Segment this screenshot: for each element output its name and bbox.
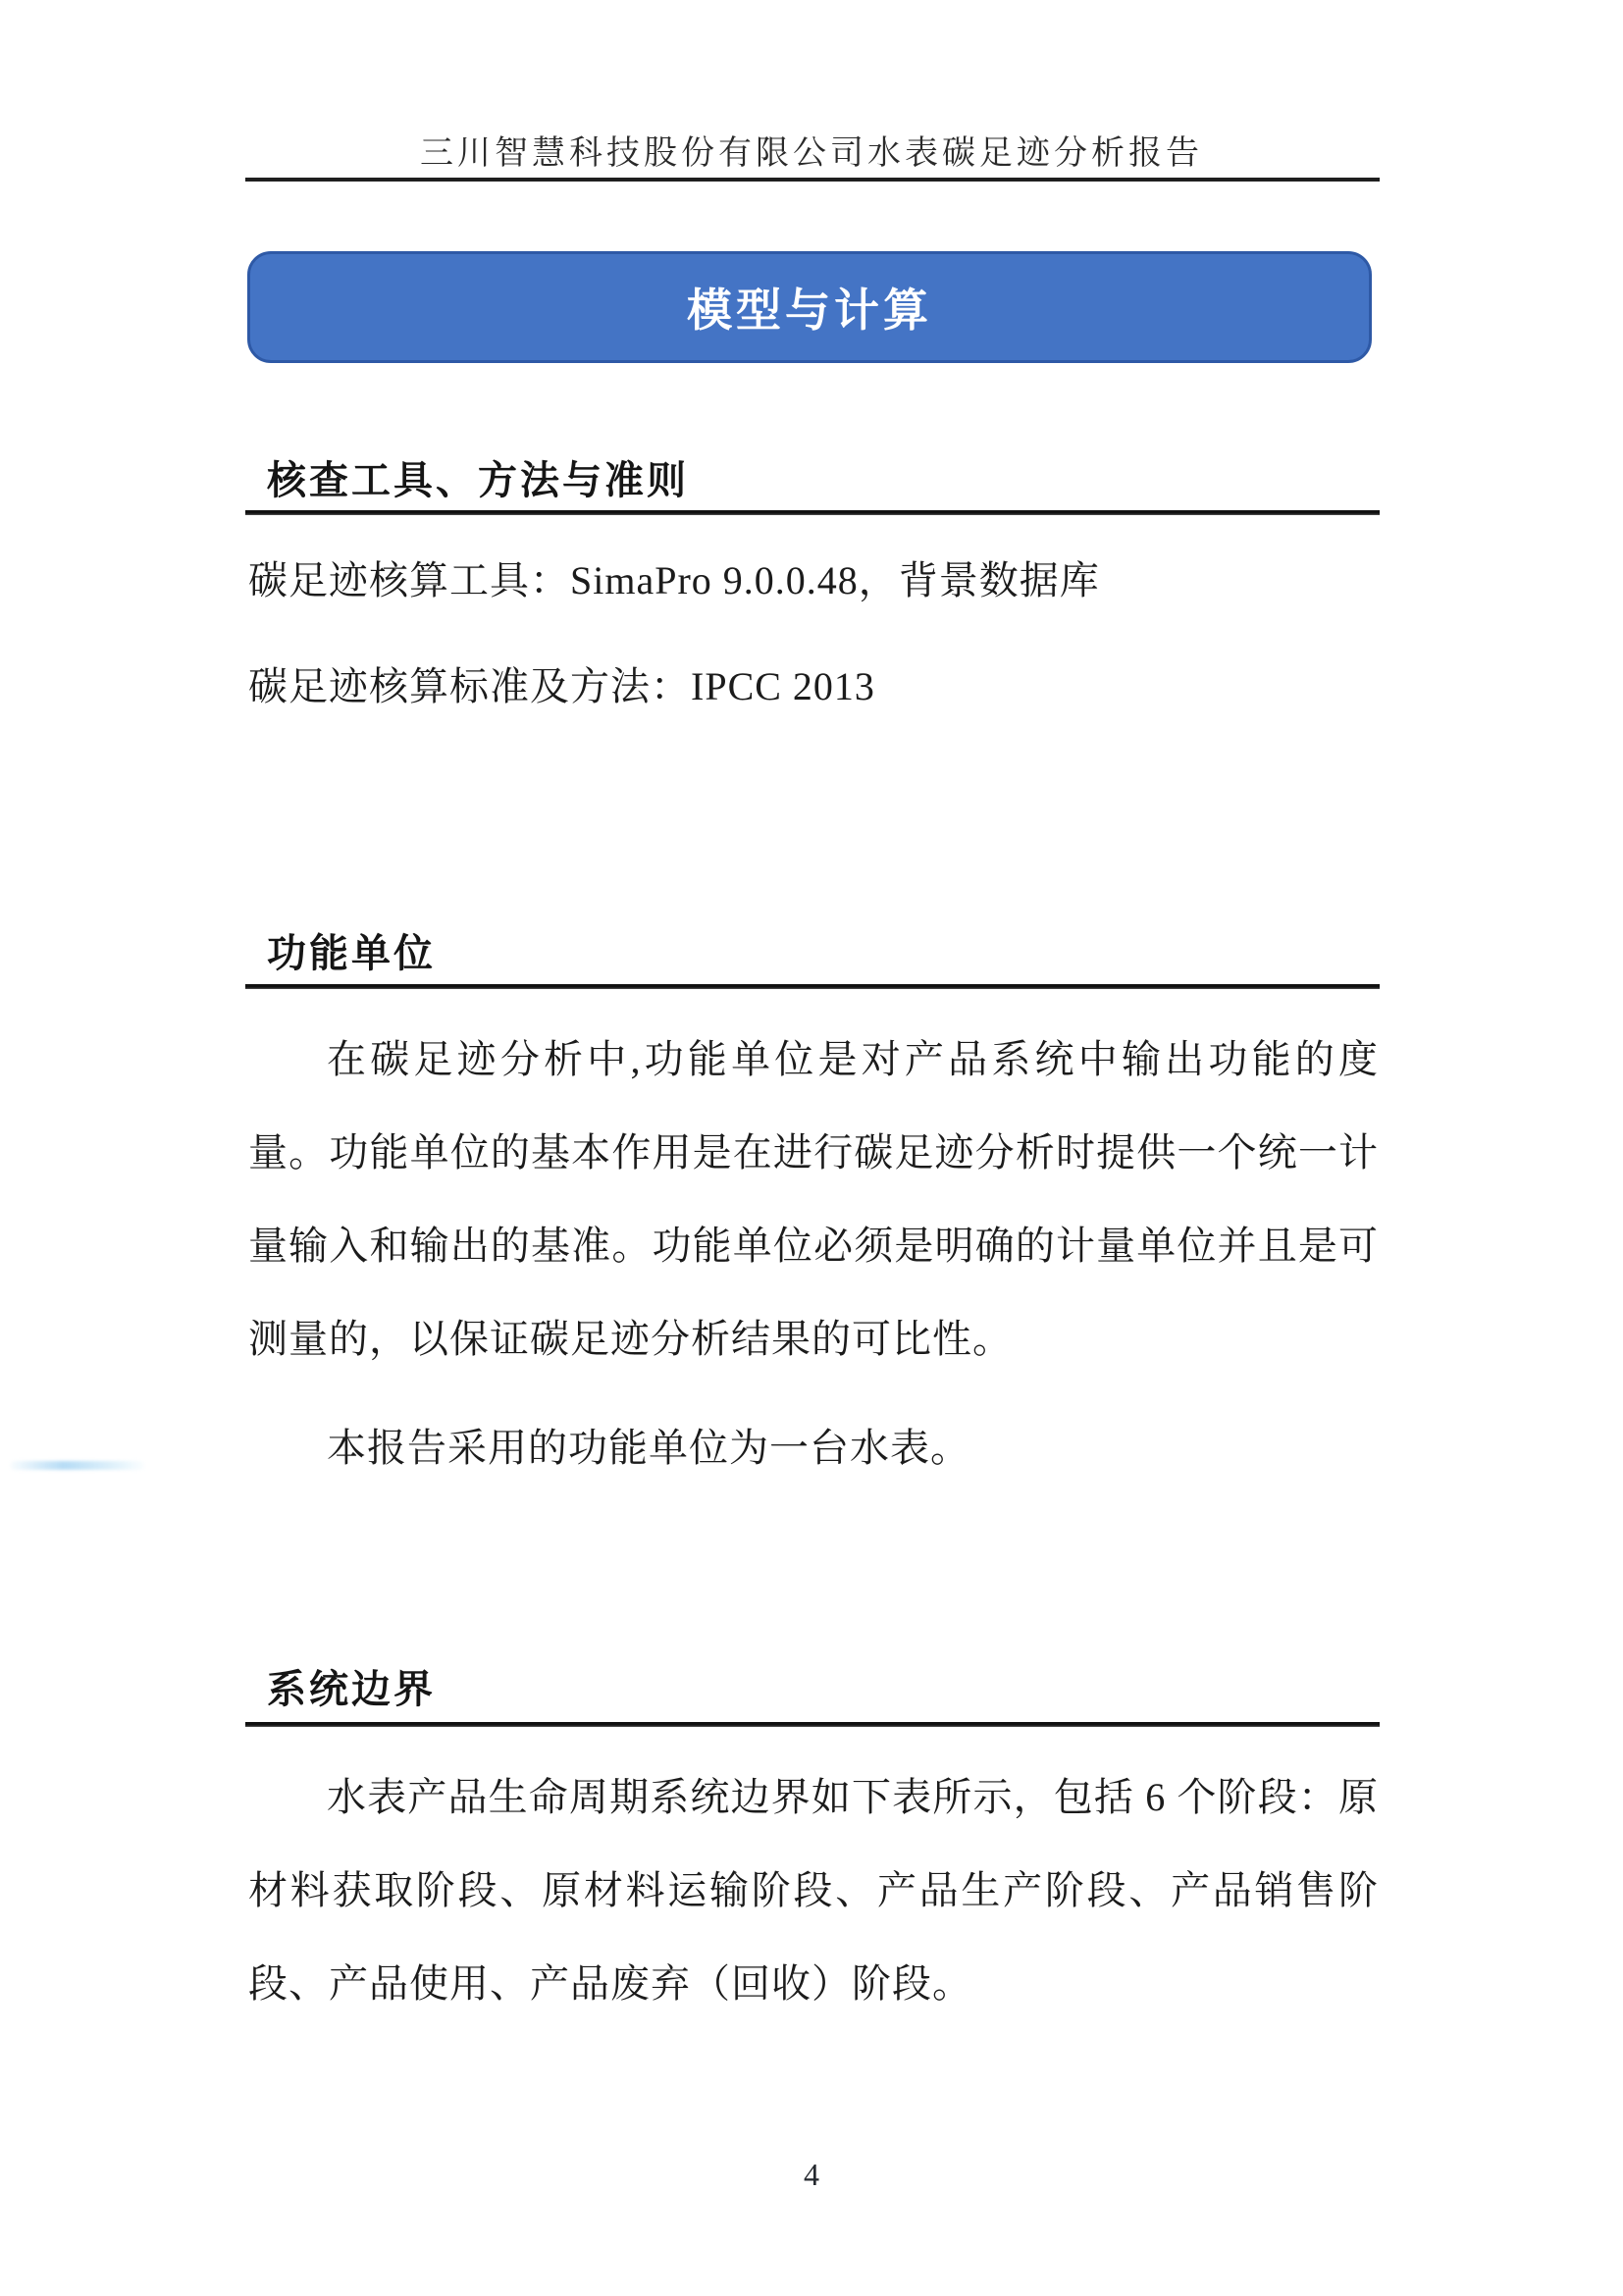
section-heading-functional-unit: 功能单位: [267, 922, 436, 978]
section-rule: [245, 1722, 1380, 1727]
running-header-title: 三川智慧科技股份有限公司水表碳足迹分析报告: [0, 126, 1623, 174]
paragraph-accounting-standard: 碳足迹核算标准及方法：IPCC 2013: [248, 655, 1379, 711]
paragraph-system-boundary: 水表产品生命周期系统边界如下表所示，包括 6 个阶段：原材料获取阶段、原材料运输…: [248, 1750, 1379, 2030]
paragraph-accounting-tool: 碳足迹核算工具：SimaPro 9.0.0.48，背景数据库: [248, 549, 1379, 605]
section-rule: [245, 510, 1380, 515]
section-rule: [245, 984, 1380, 989]
section-heading-verification-tools: 核查工具、方法与准则: [267, 449, 689, 505]
scan-smudge-artifact: [10, 1461, 145, 1470]
paragraph-functional-unit-choice: 本报告采用的功能单位为一台水表。: [248, 1401, 1379, 1494]
section-heading-system-boundary: 系统边界: [267, 1658, 436, 1714]
page-number: 4: [0, 2157, 1623, 2193]
header-rule: [245, 178, 1380, 182]
chapter-banner-title: 模型与计算: [687, 275, 932, 339]
report-page: 三川智慧科技股份有限公司水表碳足迹分析报告 模型与计算 核查工具、方法与准则 碳…: [0, 0, 1623, 2296]
chapter-banner: 模型与计算: [247, 251, 1372, 363]
paragraph-functional-unit-definition: 在碳足迹分析中,功能单位是对产品系统中输出功能的度量。功能单位的基本作用是在进行…: [248, 1013, 1379, 1385]
